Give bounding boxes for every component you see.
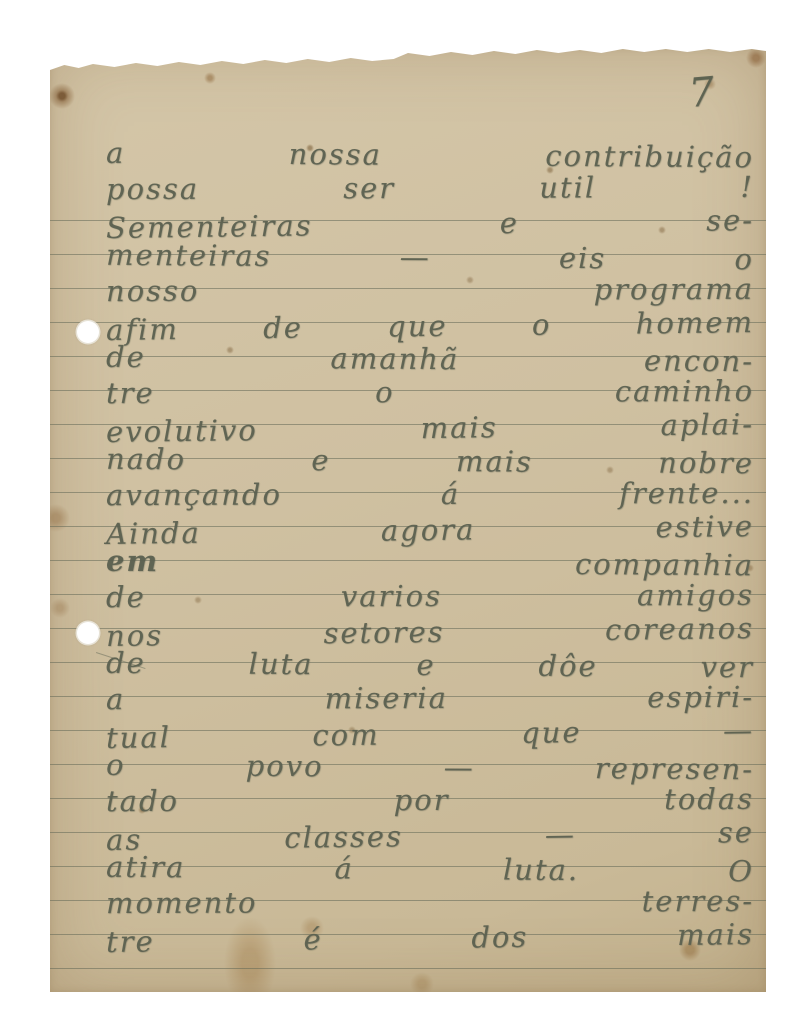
handwriting-line: delutaedôever [106,646,754,685]
handwriting-line: devariosamigos [106,578,754,614]
handwriting-line: treédosmais [106,917,754,959]
handwriting-line: avançandoáfrente... [106,476,754,512]
handwriting-line: anossacontribuição [106,136,754,175]
handwriting-line: amiseriaespiri- [106,680,754,716]
handwriting-line: emcompanhia [106,544,754,583]
punch-hole-top [77,321,99,343]
handwriting-line: menteiras—eiso [106,238,754,277]
handwriting-line: nossoprograma [106,272,754,308]
handwriting-line: tadoportodas [106,782,754,818]
handwriting-line: treocaminho [106,374,754,410]
handwriting-line: deamanhãencon- [106,340,754,379]
handwriting-line: opovo—represen- [106,748,754,787]
handwriting-line: atiraáluta.O [106,850,754,889]
handwriting-line: nadoemaisnobre [106,442,754,481]
handwriting-text: anossacontribuiçãopossaserutil!Sementeir… [106,138,754,954]
handwriting-line: momentoterres- [106,884,754,920]
document-scan: 7 anossacontribuiçãopossaserutil!Semente… [0,0,811,1024]
manuscript-paper: 7 anossacontribuiçãopossaserutil!Semente… [50,48,766,992]
handwriting-line: possaserutil! [106,170,754,206]
punch-hole-bottom [77,622,99,644]
page-number: 7 [687,69,716,117]
